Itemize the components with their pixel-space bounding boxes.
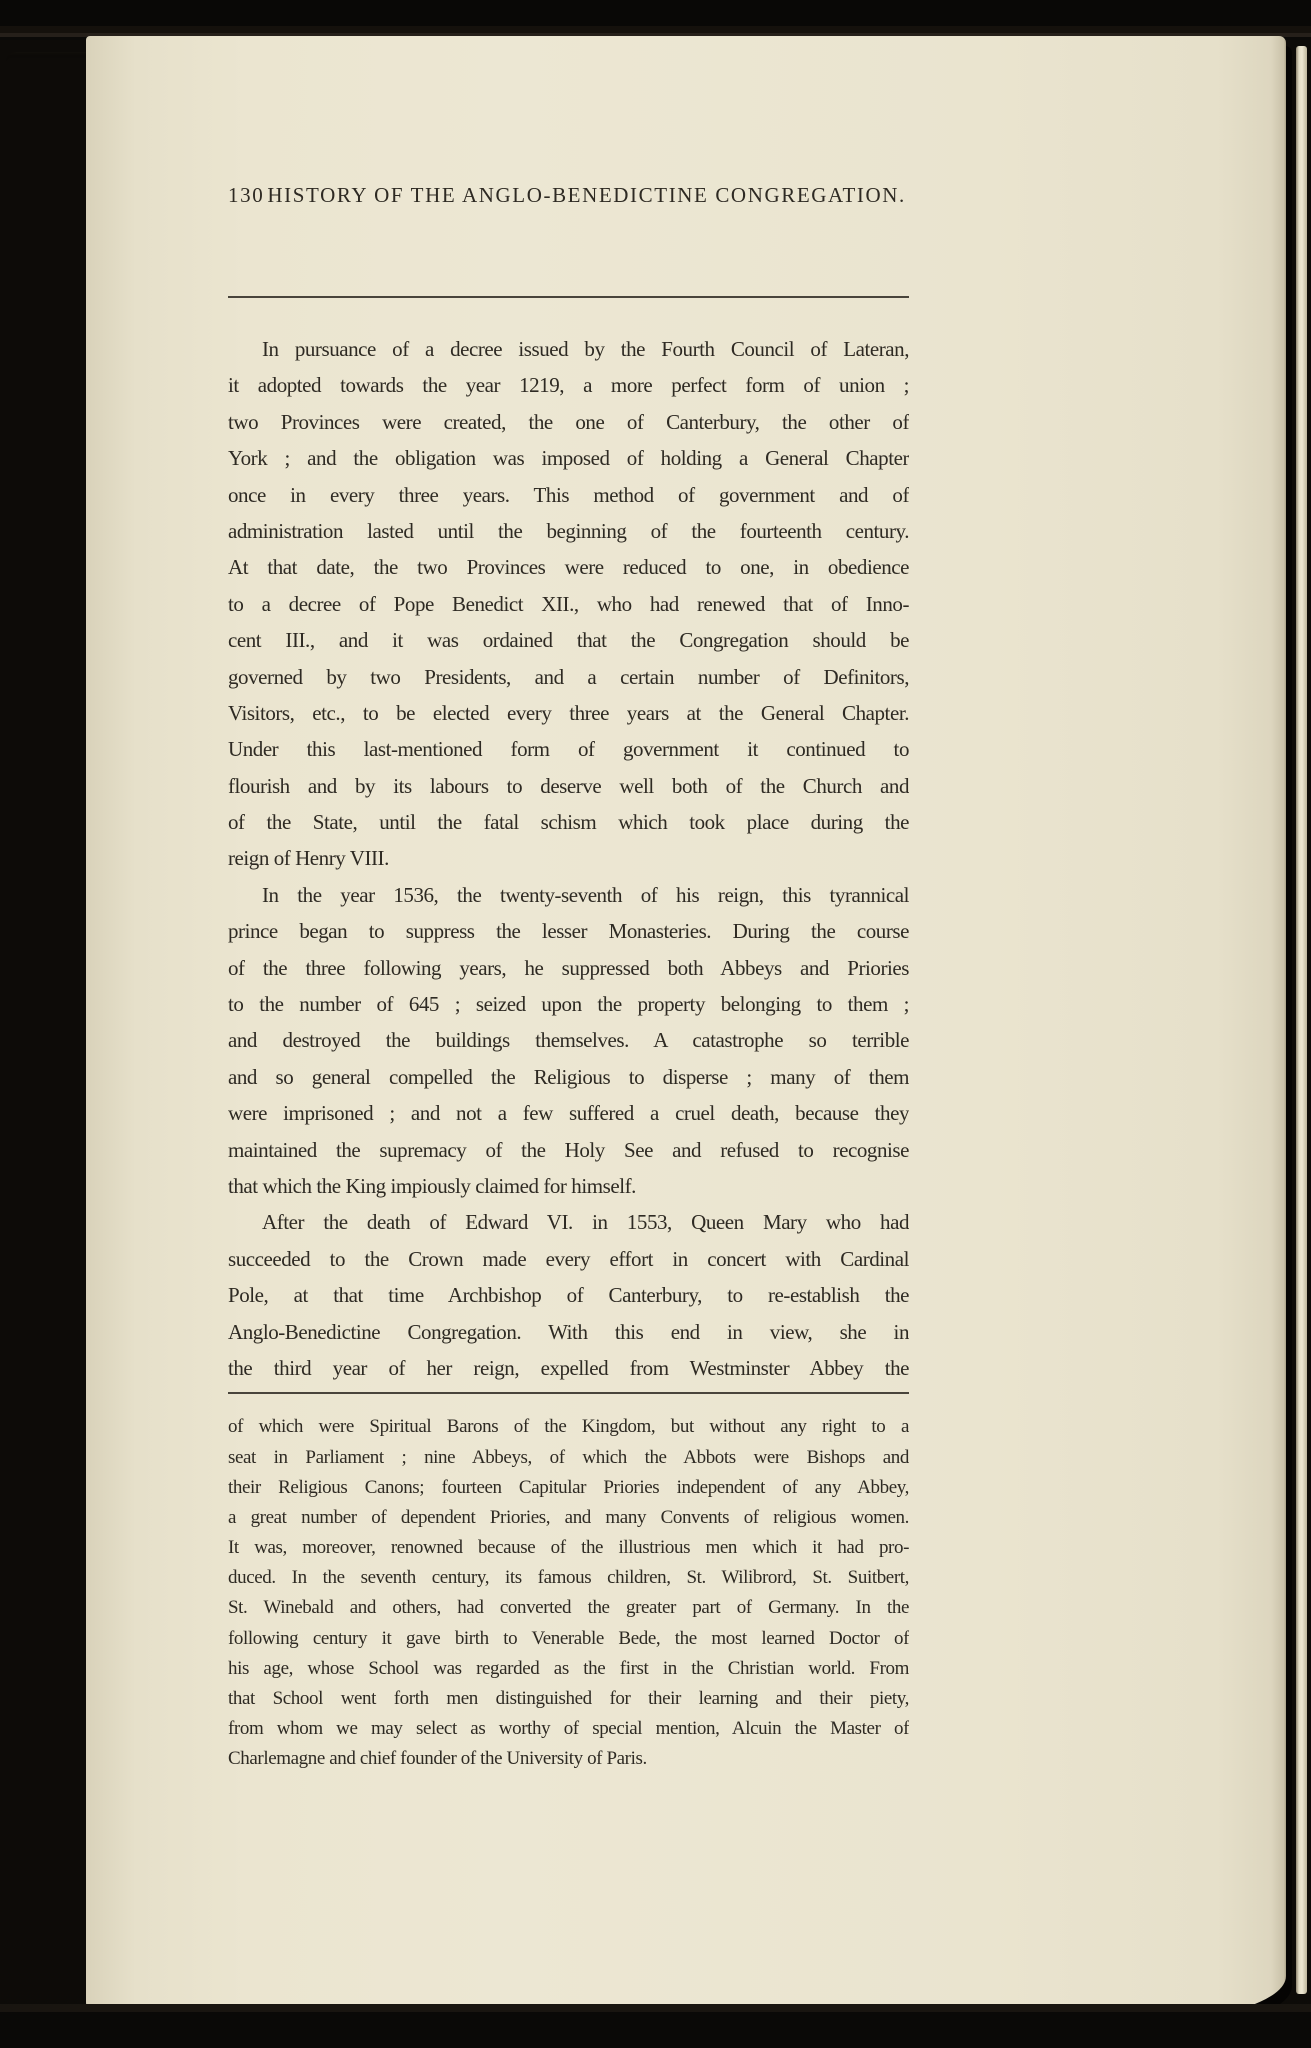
text-line: and so general compelled the Religious t…: [228, 1059, 909, 1095]
running-header: 130 HISTORY OF THE ANGLO-BENEDICTINE CON…: [228, 183, 909, 208]
page-content: 130 HISTORY OF THE ANGLO-BENEDICTINE CON…: [228, 36, 909, 1775]
text-line: York ; and the obligation was imposed of…: [228, 440, 909, 476]
text-line: it adopted towards the year 1219, a more…: [228, 367, 909, 403]
text-line: to the number of 645 ; seized upon the p…: [228, 986, 909, 1022]
text-line: of the three following years, he suppres…: [228, 950, 909, 986]
text-line: his age, whose School was regarded as th…: [228, 1654, 909, 1684]
text-line: administration lasted until the beginnin…: [228, 513, 909, 549]
text-line: succeeded to the Crown made every effort…: [228, 1241, 909, 1277]
text-line: prince began to suppress the lesser Mona…: [228, 913, 909, 949]
paragraph: In the year 1536, the twenty-seventh of …: [228, 877, 909, 1205]
book-page: 130 HISTORY OF THE ANGLO-BENEDICTINE CON…: [86, 36, 1286, 2022]
page-number: 130: [228, 183, 264, 208]
text-line: After the death of Edward VI. in 1553, Q…: [228, 1204, 909, 1240]
text-line: once in every three years. This method o…: [228, 477, 909, 513]
text-line: In the year 1536, the twenty-seventh of …: [228, 877, 909, 913]
text-line: Charlemagne and chief founder of the Uni…: [228, 1744, 909, 1774]
text-line: their Religious Canons; fourteen Capitul…: [228, 1473, 909, 1503]
text-line: were imprisoned ; and not a few suffered…: [228, 1095, 909, 1131]
text-line: In pursuance of a decree issued by the F…: [228, 331, 909, 367]
text-line: duced. In the seventh century, its famou…: [228, 1563, 909, 1593]
text-line: governed by two Presidents, and a certai…: [228, 659, 909, 695]
text-line: following century it gave birth to Vener…: [228, 1624, 909, 1654]
text-line: St. Winebald and others, had converted t…: [228, 1593, 909, 1623]
text-line: of the State, until the fatal schism whi…: [228, 804, 909, 840]
text-line: two Provinces were created, the one of C…: [228, 404, 909, 440]
text-line: that which the King impiously claimed fo…: [228, 1168, 909, 1204]
text-line: the third year of her reign, expelled fr…: [228, 1350, 909, 1386]
text-line: Under this last-mentioned form of govern…: [228, 731, 909, 767]
text-line: seat in Parliament ; nine Abbeys, of whi…: [228, 1443, 909, 1473]
paragraph: After the death of Edward VI. in 1553, Q…: [228, 1204, 909, 1386]
footnote-text: of which were Spiritual Barons of the Ki…: [228, 1412, 909, 1774]
footnote-rule: [228, 1392, 909, 1394]
header-rule: [228, 296, 909, 298]
text-line: a great number of dependent Priories, an…: [228, 1503, 909, 1533]
text-line: Anglo-Benedictine Congregation. With thi…: [228, 1314, 909, 1350]
text-line: reign of Henry VIII.: [228, 840, 909, 876]
text-line: and destroyed the buildings themselves. …: [228, 1022, 909, 1058]
text-line: flourish and by its labours to deserve w…: [228, 768, 909, 804]
text-line: from whom we may select as worthy of spe…: [228, 1714, 909, 1744]
text-line: Pole, at that time Archbishop of Canterb…: [228, 1277, 909, 1313]
body-text: In pursuance of a decree issued by the F…: [228, 331, 909, 1386]
text-line: to a decree of Pope Benedict XII., who h…: [228, 586, 909, 622]
text-line: that School went forth men distinguished…: [228, 1684, 909, 1714]
text-line: maintained the supremacy of the Holy See…: [228, 1132, 909, 1168]
text-line: Visitors, etc., to be elected every thre…: [228, 695, 909, 731]
facing-page-edge: [1296, 46, 1307, 1994]
page-title: HISTORY OF THE ANGLO-BENEDICTINE CONGREG…: [264, 183, 909, 208]
text-line: cent III., and it was ordained that the …: [228, 622, 909, 658]
text-line: At that date, the two Provinces were red…: [228, 549, 909, 585]
book-cover-bottom: [0, 2004, 1311, 2048]
book-cover-top: [0, 0, 1311, 40]
text-line: It was, moreover, renowned because of th…: [228, 1533, 909, 1563]
paragraph: In pursuance of a decree issued by the F…: [228, 331, 909, 877]
text-line: of which were Spiritual Barons of the Ki…: [228, 1412, 909, 1442]
